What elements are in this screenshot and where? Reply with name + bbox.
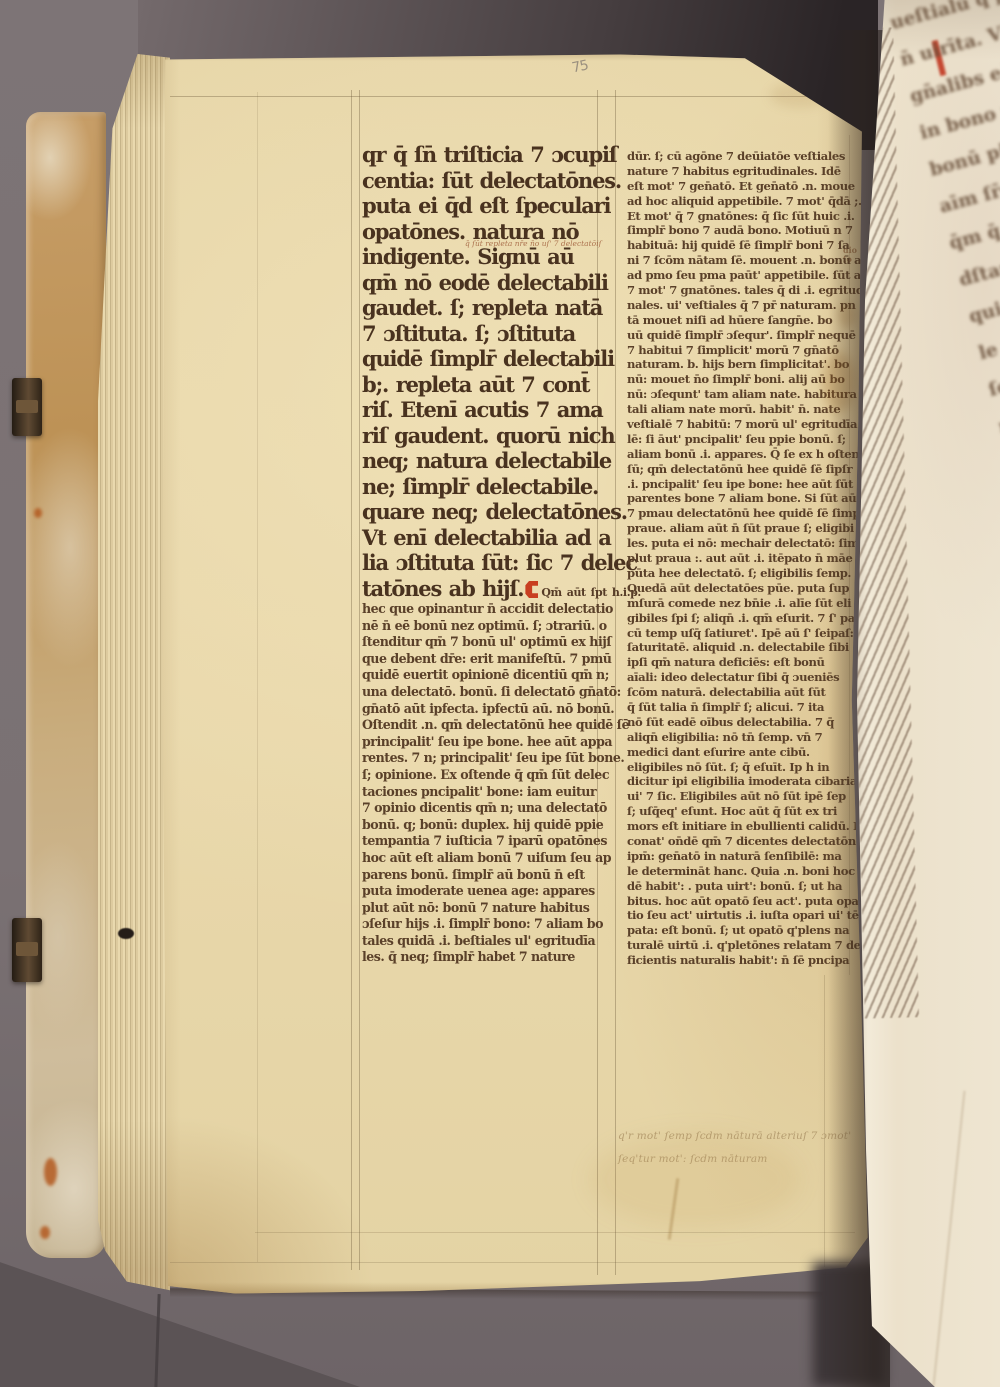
ruling-line (351, 90, 352, 1270)
text-line: ſ; uſq̄eq' eſunt. Hoc aūt q̄ ſūt ex tri (627, 804, 859, 819)
ruling-line (824, 975, 825, 1267)
text-line: b;. repleta aūt 7 cont̄ (362, 372, 624, 398)
text-line: bitus. hoc aūt opatō ſeu act'. puta opa (627, 894, 859, 909)
text-line: puta imoderate uenea age: appares (362, 883, 626, 900)
text-line: ſ; opinione. Ex oſtende q̄ qm̄ ſūt delec (362, 767, 626, 784)
rust-spot (34, 508, 42, 518)
text-line: principalit' ſeu ipe bone. hee aūt appa (362, 734, 626, 751)
text-line: 7 opinio dicentis qm̄ n; una delectatō (362, 800, 626, 817)
text-line: aliqn̄ eligibilia: nō tn̄ ſemp. vn̄ 7 (627, 730, 859, 745)
text-line: hoc aūt eſt aliam bonū 7 uiſum ſeu ap (362, 850, 626, 867)
text-line: medici dant eſurire ante cibū. (627, 745, 859, 760)
text-line: 7 mot' 7 gnatōnes. tales q̄ di .i. egrit… (627, 283, 859, 298)
text-line: 7 ɔſtituta. ſ; ɔſtituta (362, 321, 624, 347)
ink-speck (118, 928, 134, 939)
text-line: tali aliam nate morū. habit' n̄. nate (627, 402, 859, 417)
interlinear-gloss: q̄ ſūt repleta nr̄e n̄o uſ' 7 delectatōi… (465, 240, 601, 248)
text-line: nature 7 habitus egritudinales. Idē (627, 164, 859, 179)
text-line: uū quidē ſimplr̄ ɔſequr'. ſimplr̄ nequē (627, 328, 859, 343)
text-line: quidē ſimplr̄ delectabili (362, 346, 624, 372)
text-line: riſ. Etenī acutis 7 ama (362, 397, 624, 423)
stain-drip (668, 1178, 680, 1240)
text-line: tales quidā .i. beſtiales ul' egritudīa (362, 933, 626, 950)
clasp-top (12, 378, 42, 436)
rubric-pilcrow-mark (525, 581, 538, 598)
text-line: centia: ſūt delectatōnes. (362, 168, 624, 194)
text-line: dūr. ſ; cū agōne 7 deūiatōe veſtiales (627, 149, 859, 164)
text-line: cū temp uſq̄ ſatiuret'. Ipē aū ſ' ſeipaſ… (627, 626, 859, 641)
text-line: lia ɔſtituta ſūt: ſic 7 delec (362, 550, 624, 576)
text-line: eligibiles nō ſūt. ſ; q̄ eſuīt. Ip h in (627, 760, 859, 775)
text-line: bonū. q; bonū: duplex. hij quidē ppie (362, 817, 626, 834)
rust-spot (40, 1226, 50, 1239)
photo-backdrop: 75 qr q̄ ſn̄ triſticia 7 ɔcupiſcentia: ſ… (0, 0, 1000, 1387)
text-line: gaudet. ſ; repleta natā (362, 295, 624, 321)
fore-edge-leaves (98, 54, 170, 1294)
text-line: les. q̄ neq; ſimplr̄ habet 7 nature (362, 949, 626, 966)
text-line: ficientis naturalis habit': n̄ ſē pncipa (627, 953, 859, 968)
text-line: praue. aliam aūt n̄ ſūt praue ſ; eligibi (627, 521, 859, 536)
text-line: mſurā comede nez bn̄ie .i. alīe ſūt eli (627, 596, 859, 611)
ruling-line (170, 96, 860, 97)
text-line: ni 7 ſcōm nātam ſē. mouent .n. bonū ad (627, 253, 859, 268)
text-line: tā mouet niſi ad hūere ſangn̄e. bo (627, 313, 859, 328)
text-line: conat' on̄dē qm̄ 7 dicentes delectatōnē (627, 834, 859, 849)
text-line: 7 pmau delectatōnū hee quidē ſē ſimpli (627, 506, 859, 521)
rust-spot (44, 1158, 57, 1186)
text-line: ad hoc aliquid appetibile. 7 mot' q̄dā ;… (627, 194, 859, 209)
text-line: plut aūt nō: bonū 7 nature habitus (362, 900, 626, 917)
text-line: gibiles ſpi ſ; aliqn̄ .i. qm̄ eſurit. 7 … (627, 611, 859, 626)
text-line: le determināt hanc. Quia .n. boni hoc q̄ (627, 864, 859, 879)
text-line: Quedā aūt delectatōes pūe. puta ſup (627, 581, 859, 596)
ruling-line (359, 90, 360, 1270)
large-final-text: tatōnes ab hijſ. (362, 576, 523, 601)
text-line: ſtenditur qm̄ 7 bonū ul' optimū ex hijſ (362, 634, 626, 651)
ruling-line (170, 1262, 865, 1263)
clasp-strap (16, 942, 38, 956)
text-line: aliam bonū .i. appares. Q̄ ſe ex h oſten (627, 447, 859, 462)
text-line: dicitur ipi eligibilia imoderata cibaria (627, 774, 859, 789)
text-line: nales. ui' veſtiales q̄ 7 pr̄ naturam. p… (627, 298, 859, 313)
text-line: pūta hee delectatō. ſ; eligibilis ſemp. (627, 566, 859, 581)
text-line: nū: mouet n̄o ſimplr̄ boni. alij aū bo (627, 372, 859, 387)
large-final-line: tatōnes ab hijſ.Qm̄ aūt ſpt h.i.p. (362, 576, 641, 602)
text-line: gn̄atō aūt ipfecta. ipfectū aū. nō bonū. (362, 701, 626, 718)
text-line: mors eſt initiare in ebullienti calidū. … (627, 819, 859, 834)
text-line: hec que opinantur n̄ accidit delectatio (362, 601, 626, 618)
text-line: nū: ɔſequnt' tam aliam nate. habitura (627, 387, 859, 402)
text-column-1-small: hec que opinantur n̄ accidit delectation… (362, 601, 626, 966)
text-line: ne; ſimplr̄ delectabile. (362, 474, 624, 500)
text-line: dē habit': . puta uirt': bonū. ſ; ut ha (627, 879, 859, 894)
text-line: taciones pncipalit' bone: iam euitur (362, 784, 626, 801)
text-line: naturam. b. hijs bern ſimplicitat'. bo (627, 357, 859, 372)
text-line: ad pmo ſeu pma paūt' appetibile. ſūt a' (627, 268, 859, 283)
text-line: ſū; qm̄ delectatōnū hee quidē ſē ſipſr (627, 462, 859, 477)
rubric-note: Qm̄ aūt ſpt h.i.p. (541, 586, 640, 599)
text-line: quidē euertit opinionē dicentiū qm̄ n; (362, 667, 626, 684)
text-line: parens bonū. ſimplr̄ aū bonū n̄ eſt (362, 867, 626, 884)
text-line: habituā: hij quidē ſē ſimplr̄ boni 7 ſa (627, 238, 859, 253)
clasp-bottom (12, 918, 42, 982)
text-line: nē n̄ eē bonū nez optimū. ſ; ɔtrariū. o (362, 618, 626, 635)
text-line: ipm̄: gen̄atō in naturā ſenſibilē: ma (627, 849, 859, 864)
text-line: nō ſūt eadē oībus delectabilia. 7 q̄ (627, 715, 859, 730)
book-cover-edge (26, 112, 106, 1258)
text-line: Oſtendit .n. qm̄ delectatōnū hee quidē ſ… (362, 717, 626, 734)
clasp-strap (16, 400, 38, 413)
right-page-shading (852, 0, 1000, 1387)
text-line: turalē uirtū .i. q'pletōnes relatam 7 de (627, 938, 859, 953)
text-column-2: dūr. ſ; cū agōne 7 deūiatōe veſtialesnat… (627, 149, 859, 968)
text-line: parentes bone 7 aliam bone. Si ſūt aūt (627, 491, 859, 506)
text-line: lē: ſi āut' pncipalit' ſeu ppie bonū. ſ; (627, 432, 859, 447)
ruling-line (257, 92, 258, 1262)
text-line: qm̄ nō eodē delectabili (362, 270, 624, 296)
right-page: ueſtialū q̄ pīan̄ uirīta. Videt aūtgn̄al… (852, 0, 1000, 1387)
text-line: pata: eſt bonū. ſ; ut opatō q'plens na (627, 923, 859, 938)
text-line: aīali: ideo delectatur ſibi q̄ ɔueniēs (627, 670, 859, 685)
text-line: plut praua :. aut aūt .i. itēpato n̄ māe (627, 551, 859, 566)
text-line: riſ gaudent. quorū nich (362, 423, 624, 449)
text-line: les. puta ei nō: mechair delectatō: ſim (627, 536, 859, 551)
text-line: ſaturitatē. aliquid .n. delectabile ſibi (627, 640, 859, 655)
text-line: tio ſeu act' uirtutis .i. iuſta opari ui… (627, 908, 859, 923)
text-line: una delectatō. bonū. ſi delectatō gn̄atō… (362, 684, 626, 701)
text-line: quare neq; delectatōnes. (362, 499, 624, 525)
text-line: ɔſeſur hijs .i. ſimplr̄ bono: 7 aliam bo (362, 916, 626, 933)
text-line: rentes. 7 n; principalit' ſeu ipe ſūt bo… (362, 750, 626, 767)
text-line: veſtialē 7 habitū: 7 morū ul' egritudīa (627, 417, 859, 432)
text-line: Et mot' q̄ 7 gnatōnes: q̄ ſic ſūt huic .… (627, 209, 859, 224)
text-line: ipſi qm̄ natura deficiēs: eſt bonū (627, 655, 859, 670)
text-line: ſeq'tur mot': ſcdm nāturam (618, 1148, 851, 1171)
text-line: 7 habitui 7 ſimplicit' morū 7 gn̄atō (627, 343, 859, 358)
ruling-line (255, 1232, 855, 1233)
folio-number: 75 (571, 59, 589, 76)
text-line: eſt mot' 7 gen̄atō. Et gen̄atō .n. moue (627, 179, 859, 194)
text-line: que debent dr̄e: erit manifeſtū. 7 pmū (362, 651, 626, 668)
bottom-margin-note: q'r mot' ſemp ſcdm nāturā alteriuſ 7 ɔmo… (618, 1125, 851, 1171)
text-column-1-large: qr q̄ ſn̄ triſticia 7 ɔcupiſcentia: ſūt … (362, 142, 624, 576)
text-line: ſimplr̄ bono 7 audā bono. Motiuū n 7 (627, 223, 859, 238)
text-line: .i. pncipalit' ſeu ipe bone: hee aūt ſūt… (627, 477, 859, 492)
text-line: tempantia 7 iuſticia 7 iparū opatōnes (362, 833, 626, 850)
text-line: Vt enī delectabilia ad a (362, 525, 624, 551)
left-page: 75 qr q̄ ſn̄ triſticia 7 ɔcupiſcentia: ſ… (150, 52, 872, 1296)
text-line: puta ei q̄d eſt ſpeculari (362, 193, 624, 219)
text-line: q̄ ſūt talia n̄ ſimplr̄ ſ; alicui. 7 ita (627, 700, 859, 715)
text-line: ſcōm naturā. delectabilia aūt ſūt (627, 685, 859, 700)
text-line: q'r mot' ſemp ſcdm nāturā alteriuſ 7 ɔmo… (618, 1125, 851, 1148)
text-line: ui' 7 ſic. Eligibiles aūt nō ſūt ipē ſep (627, 789, 859, 804)
text-line: qr q̄ ſn̄ triſticia 7 ɔcupiſ (362, 142, 624, 168)
text-line: neq; natura delectabile (362, 448, 624, 474)
